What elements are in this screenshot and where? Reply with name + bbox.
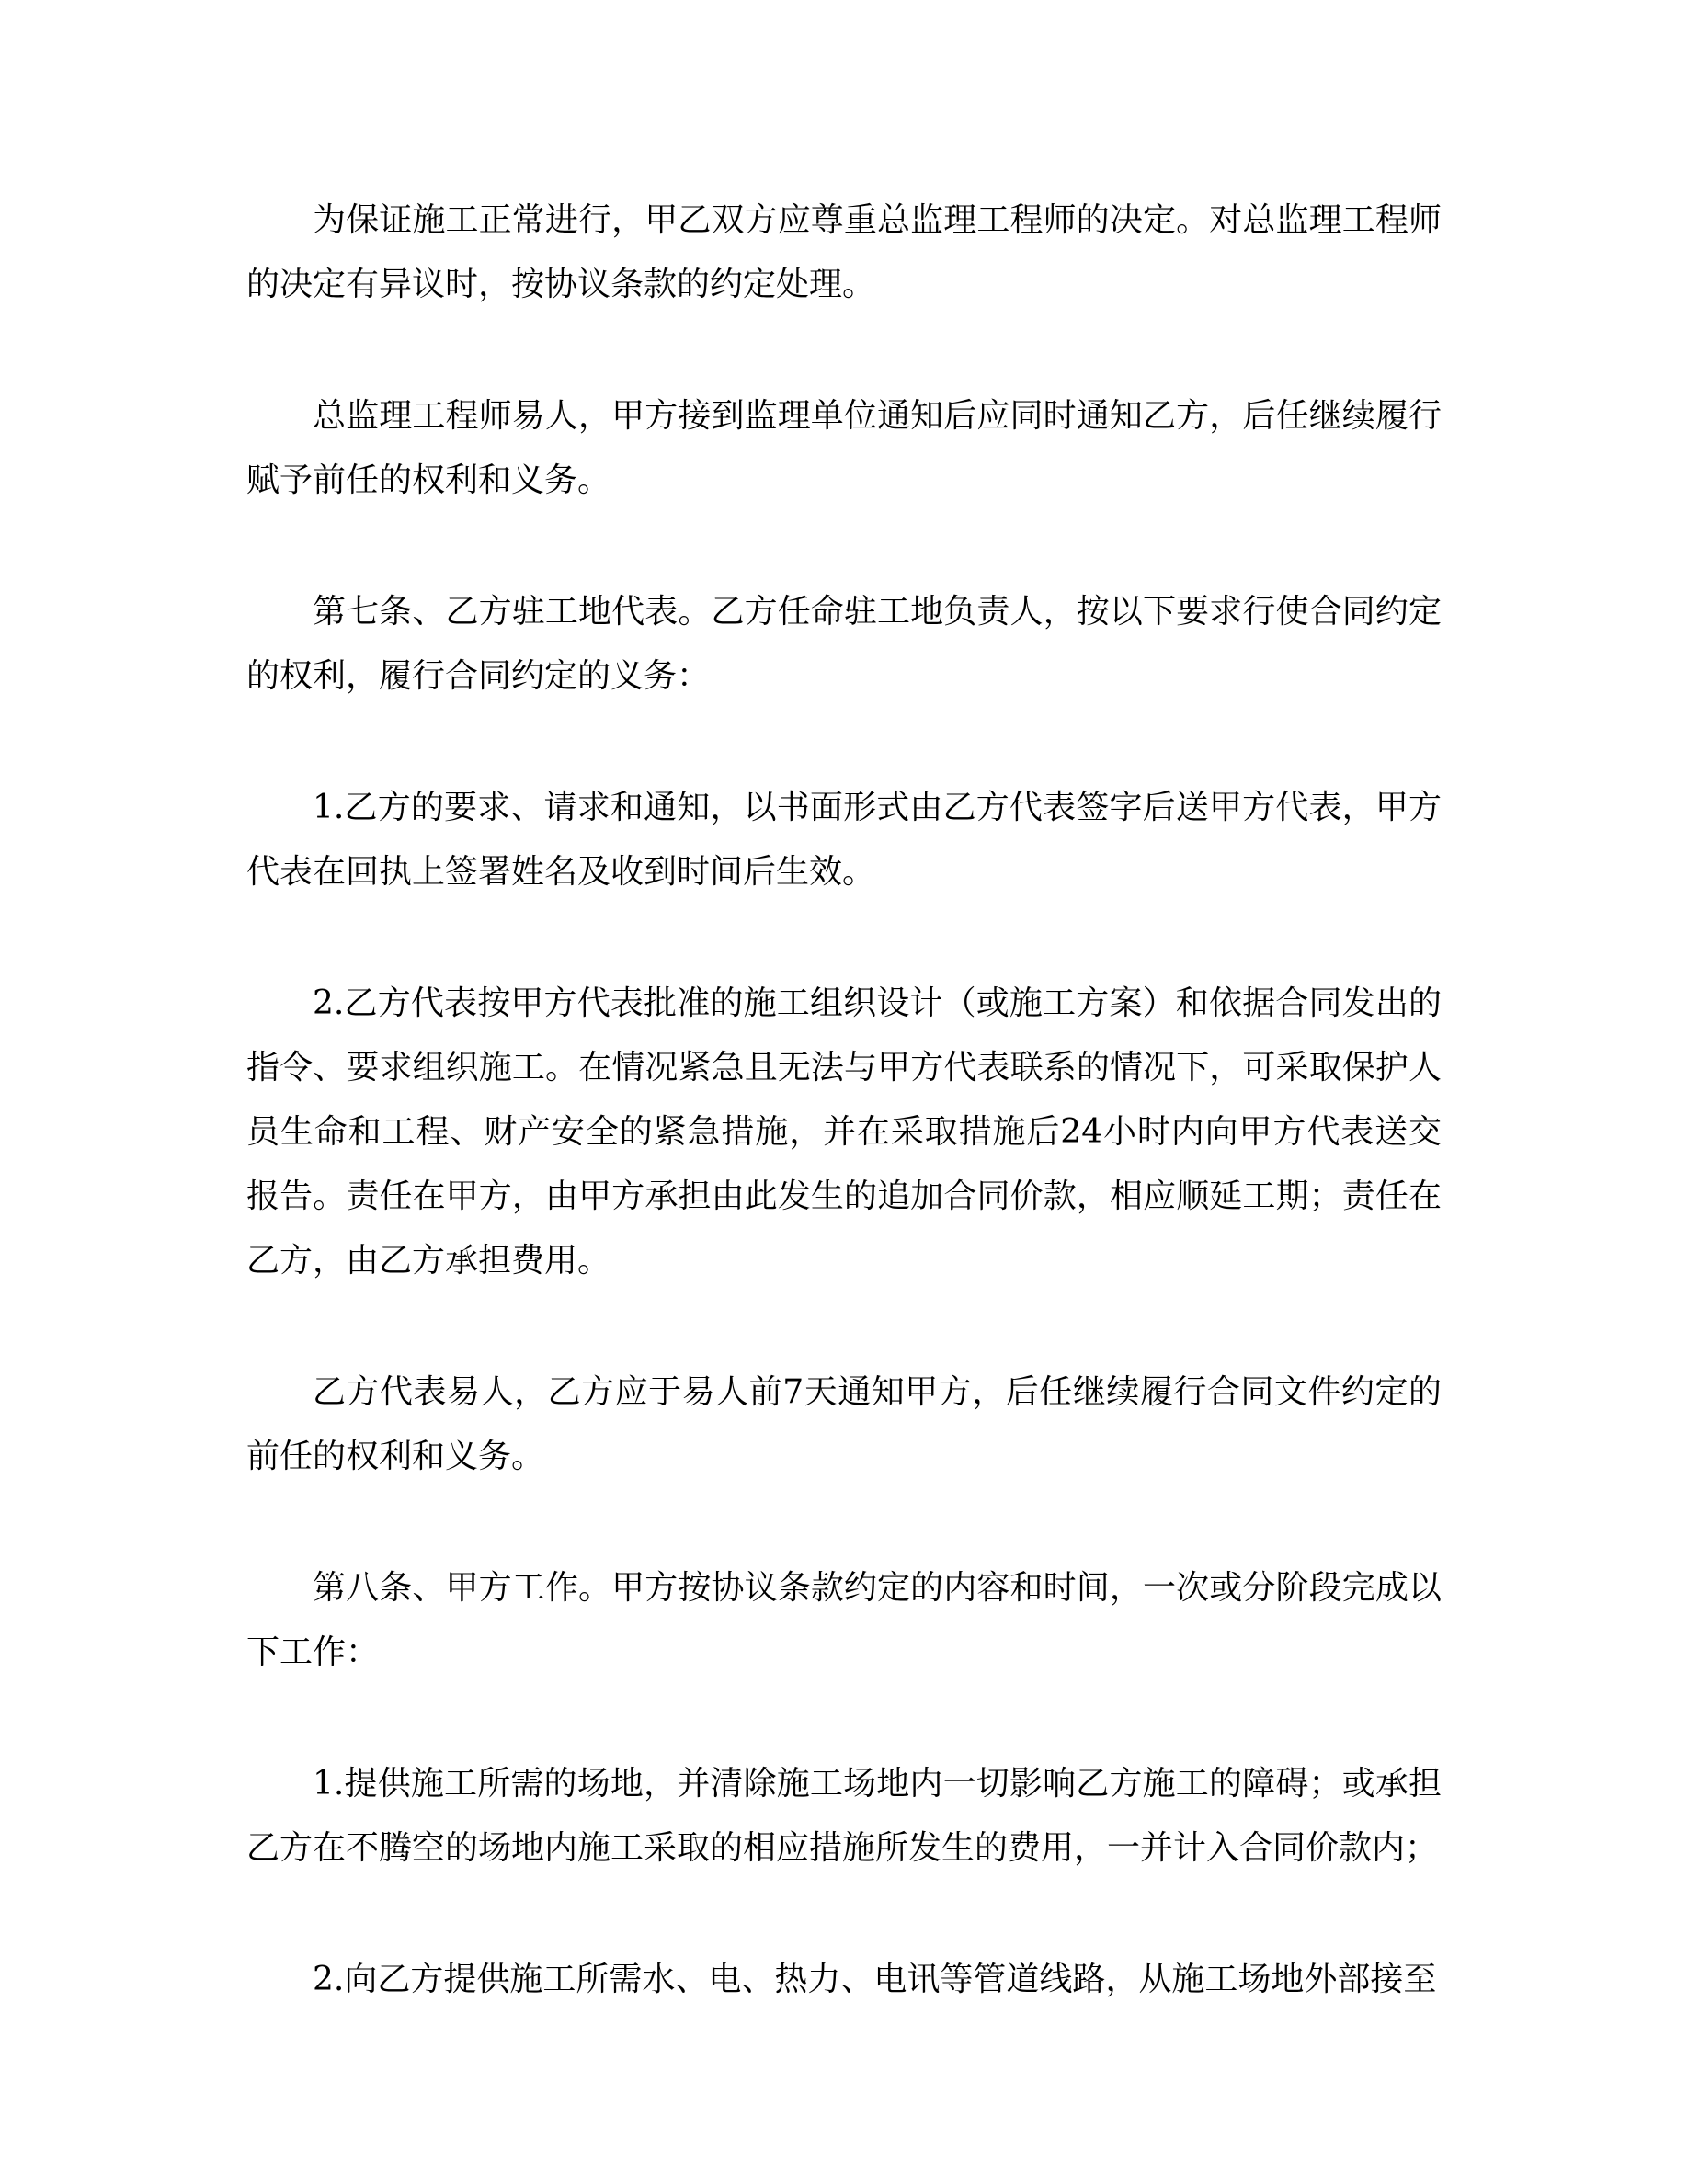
document-body: 为保证施工正常进行，甲乙双方应尊重总监理工程师的决定。对总监理工程师的决定有异议… [246,188,1442,2012]
paragraph-supervisor-decision: 为保证施工正常进行，甲乙双方应尊重总监理工程师的决定。对总监理工程师的决定有异议… [246,188,1442,317]
paragraph-clause-8-heading: 第八条、甲方工作。甲方按协议条款约定的内容和时间，一次或分阶段完成以下工作： [246,1556,1442,1685]
paragraph-rep-replacement: 乙方代表易人，乙方应于易人前7天通知甲方，后任继续履行合同文件约定的前任的权利和… [246,1360,1442,1489]
paragraph-clause-7-item-1: 1.乙方的要求、请求和通知，以书面形式由乙方代表签字后送甲方代表，甲方代表在回执… [246,776,1442,904]
paragraph-clause-7-item-2: 2.乙方代表按甲方代表批准的施工组织设计（或施工方案）和依据合同发出的指令、要求… [246,972,1442,1293]
paragraph-clause-8-item-2: 2.向乙方提供施工所需水、电、热力、电讯等管道线路，从施工场地外部接至 [246,1948,1442,2012]
paragraph-supervisor-replacement: 总监理工程师易人，甲方接到监理单位通知后应同时通知乙方，后任继续履行赋予前任的权… [246,384,1442,513]
paragraph-clause-8-item-1: 1.提供施工所需的场地，并清除施工场地内一切影响乙方施工的障碍；或承担乙方在不腾… [246,1752,1442,1881]
document-page: 为保证施工正常进行，甲乙双方应尊重总监理工程师的决定。对总监理工程师的决定有异议… [0,0,1688,2184]
paragraph-clause-7-heading: 第七条、乙方驻工地代表。乙方任命驻工地负责人，按以下要求行使合同约定的权利，履行… [246,580,1442,709]
